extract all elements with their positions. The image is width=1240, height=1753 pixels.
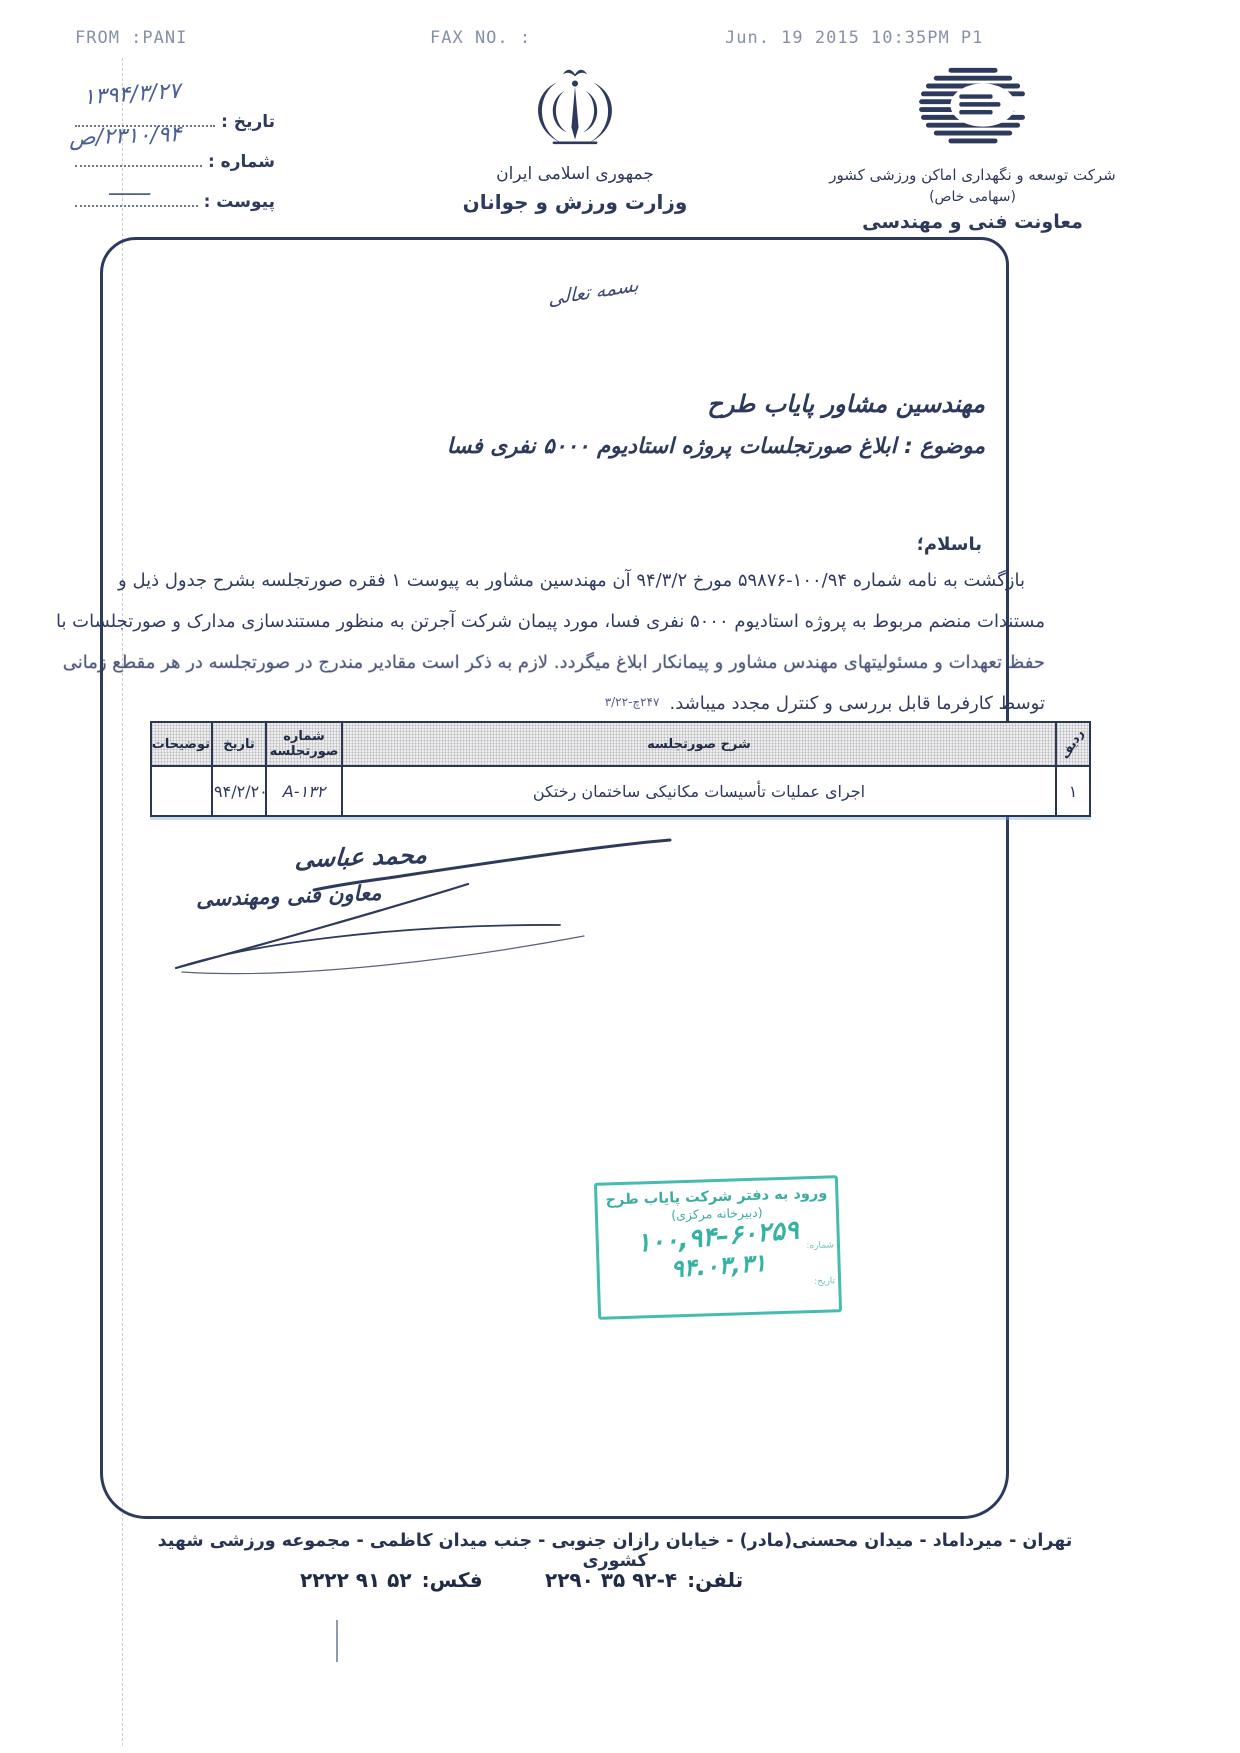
fax-value: ۲۲۲۲ ۹۱ ۵۲ xyxy=(300,1568,412,1592)
number-dotted-line xyxy=(75,164,202,167)
cell-date: ۹۴/۲/۲۰ xyxy=(212,766,266,816)
col-header-radif: ردیف xyxy=(1056,722,1090,766)
col-header-notes: توضیحات xyxy=(151,722,212,766)
footer-fax: فکس: ۲۲۲۲ ۹۱ ۵۲ xyxy=(300,1568,483,1592)
fax-from: FROM :PANI xyxy=(75,28,187,48)
body-paragraph: بازگشت به نامه شماره ۱۰۰/۹۴-۵۹۸۷۶ مورخ ۹… xyxy=(157,560,1045,726)
fax-number: FAX NO. : xyxy=(430,28,531,48)
table-header-row: ردیف شرح صورتجلسه شماره صورتجلسه تاریخ ت… xyxy=(151,722,1090,766)
date-field-label: تاریخ : xyxy=(221,112,275,132)
body-margin-note: ۲۴۷چ-۳/۲۲ xyxy=(605,682,660,723)
recipient-title: مهندسین مشاور پایاب طرح xyxy=(707,390,985,418)
attachment-field: پیوست : xyxy=(75,172,275,212)
body-line-1: بازگشت به نامه شماره ۱۰۰/۹۴-۵۹۸۷۶ مورخ ۹… xyxy=(157,560,1045,601)
subject-line: موضوع : ابلاغ صورتجلسات پروژه استادیوم ۵… xyxy=(447,434,985,459)
fax-timestamp: Jun. 19 2015 10:35PM P1 xyxy=(725,28,983,48)
scanned-fax-document: { "fax_header": { "from": "FROM :PANI", … xyxy=(0,0,1240,1753)
company-type: (سهامی خاص) xyxy=(800,189,1145,205)
reference-fields: تاریخ : شماره : پیوست : ۱۳۹۴/۳/۲۷ ۲۳۱۰/۹… xyxy=(75,92,275,212)
stamp-number-label: شماره: xyxy=(806,1240,834,1251)
fax-label: فکس: xyxy=(422,1568,483,1592)
cell-notes xyxy=(151,766,212,816)
company-logo-icon xyxy=(898,62,1048,160)
col-header-minutes-no: شماره صورتجلسه xyxy=(266,722,342,766)
footer-phone: تلفن: ۲۲۹۰ ۳۵ ۹۲-۴ xyxy=(545,1568,743,1592)
body-line-4: توسط کارفرما قابل بررسی و کنترل مجدد میب… xyxy=(157,683,1045,726)
company-letterhead: شرکت توسعه و نگهداری اماکن ورزشی کشور (س… xyxy=(800,62,1145,233)
attachment-dotted-line xyxy=(75,204,198,207)
iran-emblem-icon xyxy=(514,66,636,158)
handwritten-number: ۲۳۱۰/۹۴/ص xyxy=(69,122,182,151)
ministry-letterhead: جمهوری اسلامی ایران وزارت ورزش و جوانان xyxy=(440,66,710,214)
country-name: جمهوری اسلامی ایران xyxy=(440,164,710,184)
attachment-field-label: پیوست : xyxy=(204,192,275,212)
footer-address: تهران - میرداماد - میدان محسنی(مادر) - خ… xyxy=(150,1531,1080,1571)
company-name: شرکت توسعه و نگهداری اماکن ورزشی کشور xyxy=(800,166,1145,184)
table-row: ۱ اجرای عملیات تأسیسات مکانیکی ساختمان ر… xyxy=(151,766,1090,816)
cell-description: اجرای عملیات تأسیسات مکانیکی ساختمان رخت… xyxy=(342,766,1056,816)
stamp-date-label: تاریخ: xyxy=(814,1276,835,1287)
salutation: باسلام؛ xyxy=(917,534,982,555)
minutes-table: ردیف شرح صورتجلسه شماره صورتجلسه تاریخ ت… xyxy=(150,721,1091,817)
col-header-date: تاریخ xyxy=(212,722,266,766)
phone-value: ۲۲۹۰ ۳۵ ۹۲-۴ xyxy=(545,1568,677,1592)
body-line-3: حفظ تعهدات و مسئولیتهای مهندس مشاور و پی… xyxy=(157,642,1045,683)
department-name: معاونت فنی و مهندسی xyxy=(800,211,1145,233)
cell-minutes-no: A-۱۳۲ xyxy=(266,766,342,816)
body-line-2: مستندات منضم مربوط به پروژه استادیوم ۵۰۰… xyxy=(157,601,1045,642)
phone-label: تلفن: xyxy=(687,1568,743,1592)
cell-radif: ۱ xyxy=(1056,766,1090,816)
scan-artifact-mark xyxy=(336,1620,338,1662)
office-entry-stamp: ورود به دفتر شرکت پایاب طرح (دبیرخانه مر… xyxy=(594,1175,842,1320)
number-field-label: شماره : xyxy=(208,152,275,172)
col-header-description: شرح صورتجلسه xyxy=(342,722,1056,766)
handwritten-attachment-mark: ـــــــ xyxy=(109,176,150,200)
ministry-name: وزارت ورزش و جوانان xyxy=(440,190,710,214)
signer-name: محمد عباسی xyxy=(294,841,428,874)
